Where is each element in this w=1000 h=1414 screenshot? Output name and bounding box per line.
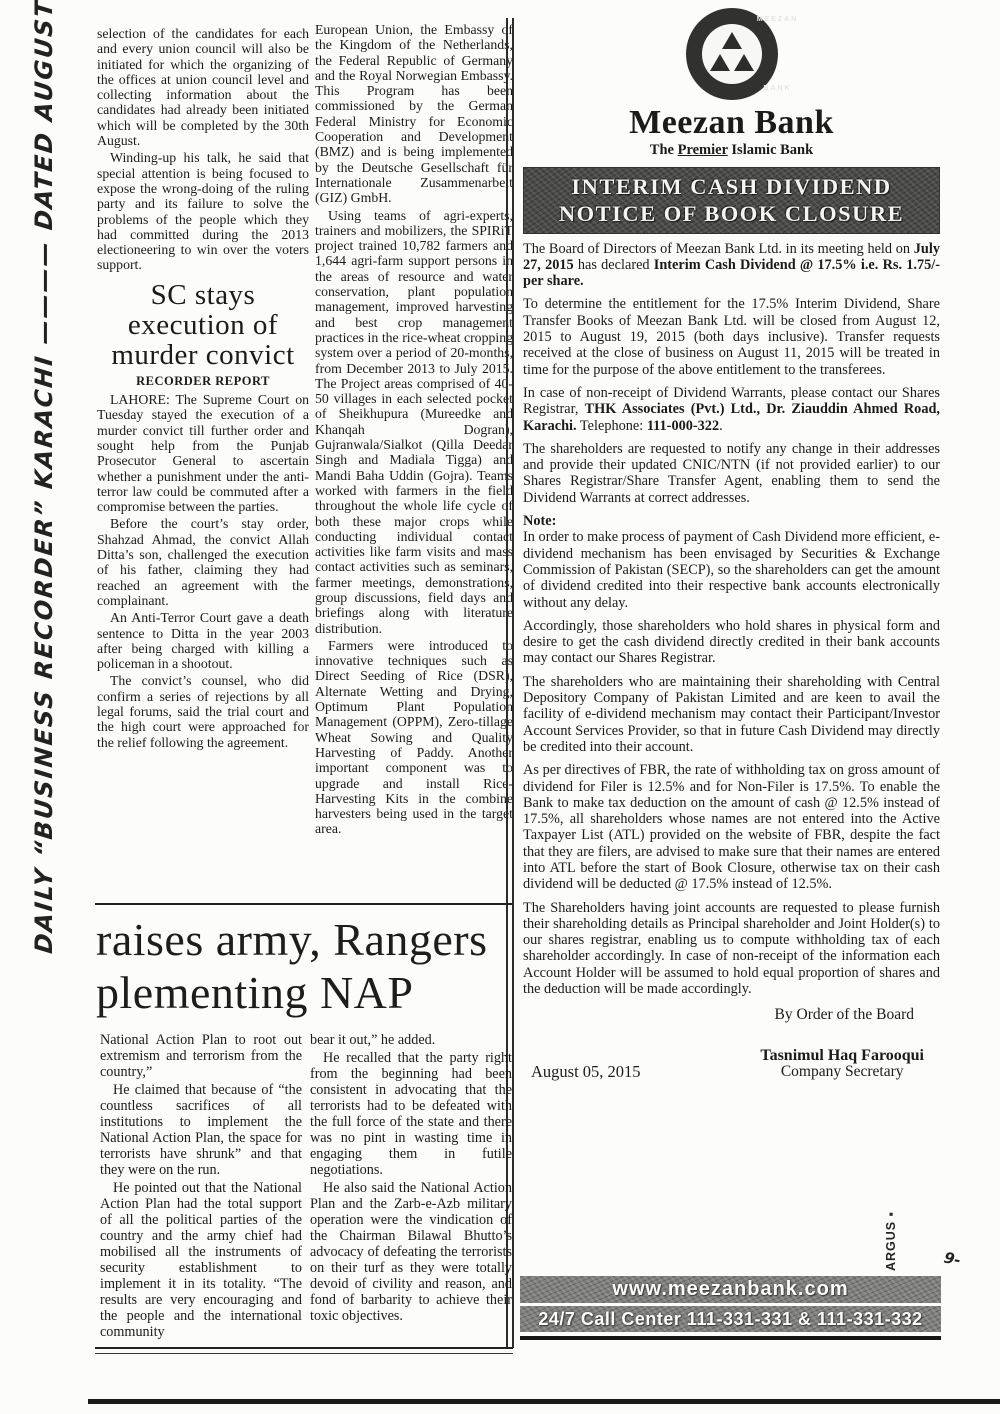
meezan-bank-logo: MEEZAN BANK <box>523 8 940 104</box>
article-paragraph: He claimed that because of “the countles… <box>100 1082 302 1178</box>
banner-line: NOTICE OF BOOK CLOSURE <box>524 200 939 227</box>
notice-paragraph: The Shareholders having joint accounts a… <box>523 900 940 998</box>
middle-column: European Union, the Embassy of the Kingd… <box>315 22 513 839</box>
logo-triangle-icon <box>722 32 742 49</box>
article-headline: SC stays execution of murder convict <box>97 280 309 370</box>
dividend-banner: INTERIM CASH DIVIDEND NOTICE OF BOOK CLO… <box>523 167 940 234</box>
handwritten-corner-mark: 9- <box>942 1248 962 1269</box>
bank-name: Meezan Bank <box>523 106 940 140</box>
article-paragraph: LAHORE: The Supreme Court on Tuesday sta… <box>97 392 309 514</box>
headline-line: plementing NAP <box>96 966 526 1019</box>
notice-paragraph: The shareholders are requested to notify… <box>523 441 940 506</box>
page-edge-line <box>88 1399 1000 1404</box>
signature-row: August 05, 2015 Tasnimul Haq Farooqui Co… <box>523 1048 940 1081</box>
banner-line: INTERIM CASH DIVIDEND <box>524 173 939 200</box>
logo-ring-text-top: MEEZAN <box>732 12 824 28</box>
footer-website-band: www.meezanbank.com <box>520 1276 941 1303</box>
notice-paragraph: To determine the entitlement for the 17.… <box>523 296 940 377</box>
notice-paragraph: Accordingly, those shareholders who hold… <box>523 618 940 667</box>
left-column: selection of the candidates for each and… <box>97 26 309 752</box>
article-paragraph: He recalled that the party right from th… <box>310 1050 512 1178</box>
note-label: Note: <box>523 513 940 529</box>
article-paragraph: Winding-up his talk, he said that specia… <box>97 150 309 272</box>
bottom-section-bottom-rule <box>95 1347 513 1354</box>
bottom-section-top-rule <box>95 903 512 905</box>
article-paragraph: He pointed out that the National Action … <box>100 1180 302 1340</box>
logo-ring-text-bottom: BANK <box>732 81 824 97</box>
article-paragraph: European Union, the Embassy of the Kingd… <box>315 22 513 206</box>
logo-inner-disc <box>702 24 762 84</box>
handwritten-margin-note: DAILY “BUSINESS RECORDER” KARACHI ———— D… <box>30 62 58 955</box>
bank-logo-icon: MEEZAN BANK <box>686 8 778 100</box>
article-paragraph: The convict’s counsel, who did confirm a… <box>97 673 309 749</box>
notice-paragraph: In order to make process of payment of C… <box>523 529 940 610</box>
footer-band-underline <box>520 1336 941 1340</box>
argus-credit: ARGUS ▪ <box>884 1211 898 1271</box>
article-paragraph: Before the court’s stay order, Shahzad A… <box>97 516 309 608</box>
signatory-name: Tasnimul Haq Farooqui <box>760 1048 924 1064</box>
logo-triangle-icon <box>734 54 754 71</box>
bottom-article-headline: raises army, Rangers plementing NAP <box>96 913 526 1019</box>
article-paragraph: National Action Plan to root out extremi… <box>100 1032 302 1080</box>
article-paragraph: He also said the National Action Plan an… <box>310 1180 512 1324</box>
signatory-title: Company Secretary <box>760 1064 924 1080</box>
newspaper-scan-page: DAILY “BUSINESS RECORDER” KARACHI ———— D… <box>0 0 1000 1414</box>
notice-paragraph: The shareholders who are maintaining the… <box>523 674 940 755</box>
bottom-article-right-column: bear it out,” he added. He recalled that… <box>310 1032 512 1326</box>
by-order-line: By Order of the Board <box>523 1007 914 1023</box>
bank-tagline: The Premier Islamic Bank <box>523 142 940 158</box>
signatory-block: Tasnimul Haq Farooqui Company Secretary <box>760 1048 924 1081</box>
notice-paragraph: In case of non-receipt of Dividend Warra… <box>523 385 940 434</box>
article-paragraph: An Anti-Terror Court gave a death senten… <box>97 610 309 671</box>
headline-line: raises army, Rangers <box>96 913 526 966</box>
footer-callcenter-band: 24/7 Call Center 111-331-331 & 111-331-3… <box>520 1306 941 1332</box>
article-paragraph: Farmers were introduced to innovative te… <box>315 638 513 837</box>
notice-paragraph: The Board of Directors of Meezan Bank Lt… <box>523 241 940 290</box>
article-paragraph: Using teams of agri-experts, trainers an… <box>315 208 513 636</box>
logo-triangle-icon <box>710 54 730 71</box>
article-paragraph: selection of the candidates for each and… <box>97 26 309 148</box>
notice-paragraph: As per directives of FBR, the rate of wi… <box>523 762 940 892</box>
article-byline: RECORDER REPORT <box>97 374 309 389</box>
dividend-notice-column: MEEZAN BANK Meezan Bank The Premier Isla… <box>523 2 940 1080</box>
notice-date: August 05, 2015 <box>531 1064 641 1080</box>
bottom-article-left-column: National Action Plan to root out extremi… <box>100 1032 302 1342</box>
article-paragraph: bear it out,” he added. <box>310 1032 512 1048</box>
